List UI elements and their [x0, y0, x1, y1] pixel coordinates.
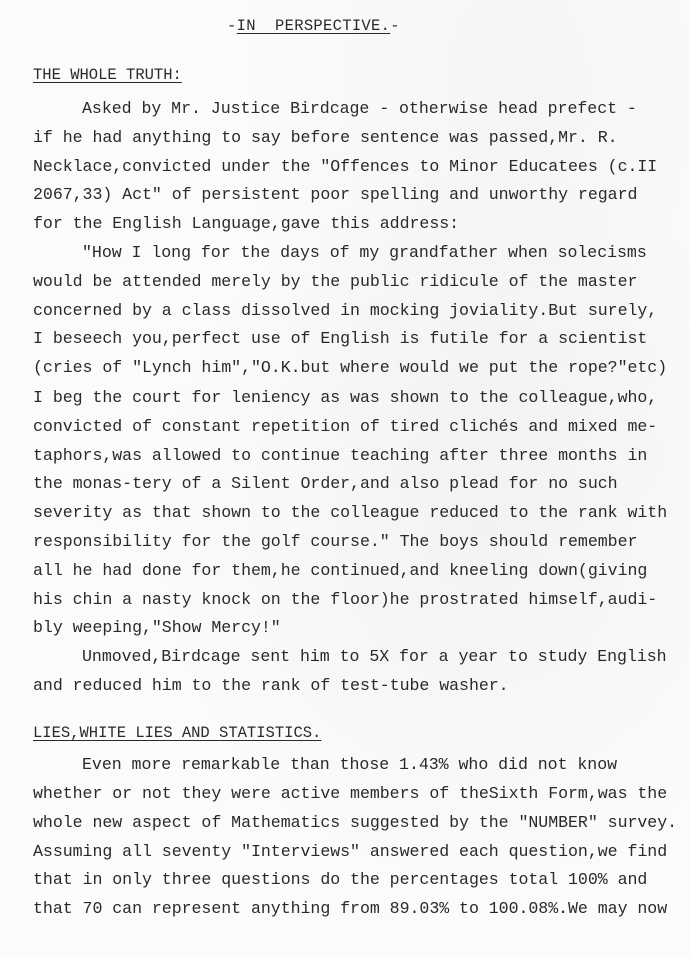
title-dash-left: - — [227, 17, 237, 35]
text-line: Asked by Mr. Justice Birdcage - otherwis… — [82, 99, 637, 118]
text-line: bly weeping,"Show Mercy!" — [33, 618, 281, 637]
title-dash-right: - — [390, 17, 400, 35]
text-line: Even more remarkable than those 1.43% wh… — [82, 755, 617, 774]
text-line: responsibility for the golf course." The… — [33, 532, 637, 551]
text-line: taphors,was allowed to continue teaching… — [33, 446, 647, 465]
text-line: Necklace,convicted under the "Offences t… — [33, 157, 657, 176]
text-line: for the English Language,gave this addre… — [33, 214, 459, 233]
text-line: "How I long for the days of my grandfath… — [82, 243, 647, 262]
page-title: -IN PERSPECTIVE.- — [227, 17, 400, 35]
text-line: all he had done for them,he continued,an… — [33, 561, 647, 580]
text-line: (cries of "Lynch him","O.K.but where wou… — [33, 358, 667, 377]
text-line: would be attended merely by the public r… — [33, 272, 637, 291]
text-line: whole new aspect of Mathematics suggeste… — [33, 813, 677, 832]
text-line: Unmoved,Birdcage sent him to 5X for a ye… — [82, 647, 667, 666]
text-line: I beseech you,perfect use of English is … — [33, 329, 647, 348]
text-line: whether or not they were active members … — [33, 784, 667, 803]
text-line: his chin a nasty knock on the floor)he p… — [33, 590, 657, 609]
title-text: IN PERSPECTIVE. — [237, 17, 391, 35]
section-heading-whole-truth: THE WHOLE TRUTH: — [33, 66, 182, 84]
text-line: that in only three questions do the perc… — [33, 870, 647, 889]
text-line: Assuming all seventy "Interviews" answer… — [33, 842, 667, 861]
text-line: that 70 can represent anything from 89.0… — [33, 899, 667, 918]
text-line: the monas-tery of a Silent Order,and als… — [33, 474, 618, 493]
text-line: and reduced him to the rank of test-tube… — [33, 676, 509, 695]
text-line: I beg the court for leniency as was show… — [33, 388, 657, 407]
text-line: severity as that shown to the colleague … — [33, 503, 667, 522]
text-line: concerned by a class dissolved in mockin… — [33, 301, 657, 320]
text-line: if he had anything to say before sentenc… — [33, 128, 618, 147]
text-line: 2067,33) Act" of persistent poor spellin… — [33, 185, 637, 204]
text-line: convicted of constant repetition of tire… — [33, 417, 657, 436]
section-heading-statistics: LIES,WHITE LIES AND STATISTICS. — [33, 724, 321, 742]
